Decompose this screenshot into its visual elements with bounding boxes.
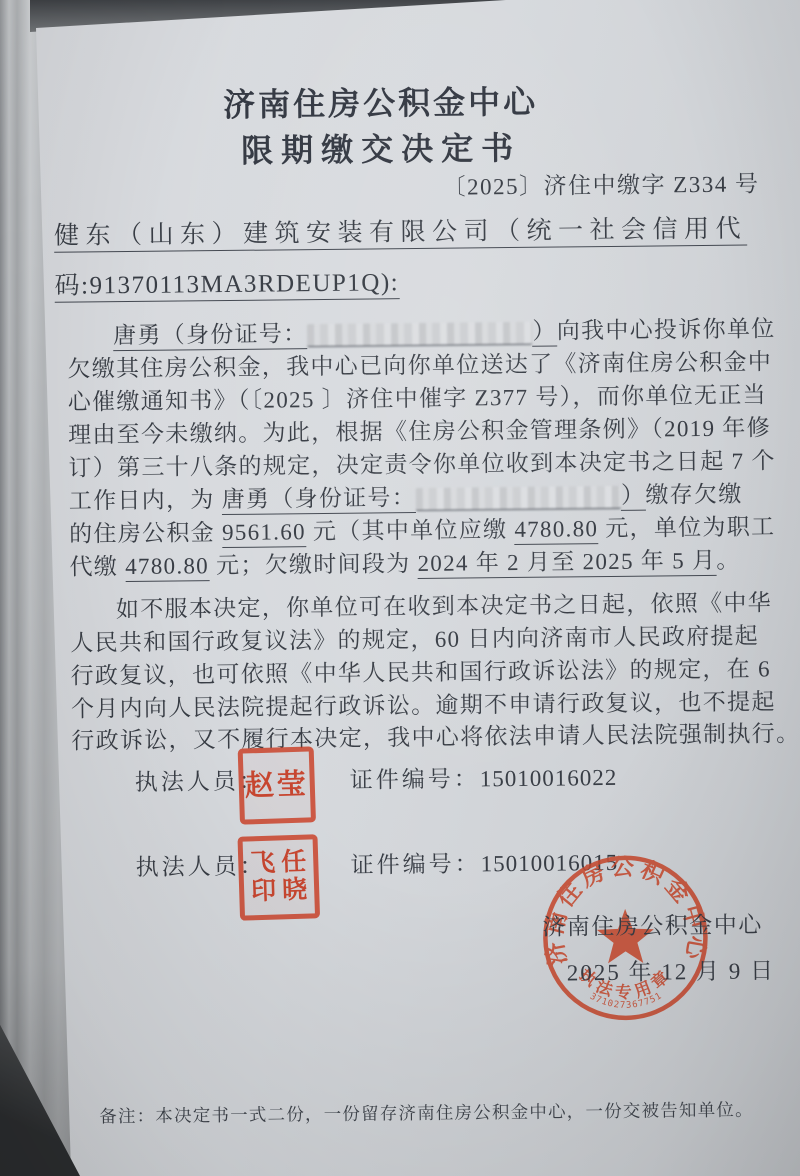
redacted-id-number (416, 486, 621, 511)
issuing-org-name: 济南住房公积金中心 (542, 906, 763, 941)
officer-1-id: 证件编号：15010016022 (350, 759, 618, 795)
officer-2-seal-text: 飞任 印晓 (250, 850, 308, 905)
officer-1-seal-text: 赵莹 (244, 770, 309, 801)
body-line: 代缴 4780.80 元；欠缴时间段为 2024 年 2 月至 2025 年 5… (69, 542, 740, 582)
redacted-id-number (307, 322, 532, 347)
document-title: 济南住房公积金中心 限期缴交决定书 (70, 77, 691, 175)
recipient-line-2: 码:91370113MA3RDEUP1Q): (54, 262, 399, 302)
officer-1-name-seal: 赵莹 (238, 746, 316, 824)
document-photo: { "colors": { "seal_red": "#c64a30", "in… (0, 0, 800, 1176)
issue-date: 2025 年 12 月 9 日 (567, 952, 776, 987)
title-line-1: 济南住房公积金中心 (70, 77, 690, 129)
recipient-line-1: 健东（山东）建筑安装有限公司（统一社会信用代 (54, 209, 747, 252)
document-content: 济南住房公积金中心 限期缴交决定书 〔2025〕济住中缴字 Z334 号 健东（… (30, 0, 800, 1176)
footer-note: 备注：本决定书一式二份，一份留存济南住房公积金中心，一份交被告知单位。 (99, 1097, 754, 1129)
document-paper: 济南住房公积金中心 限期缴交决定书 〔2025〕济住中缴字 Z334 号 健东（… (36, 0, 800, 1176)
officer-2-name-seal: 飞任 印晓 (237, 834, 320, 920)
document-number: 〔2025〕济住中缴字 Z334 号 (442, 165, 759, 201)
body-line: 行政诉讼，又不履行本决定，我中心将依法申请人民法院强制执行。 (71, 715, 800, 756)
